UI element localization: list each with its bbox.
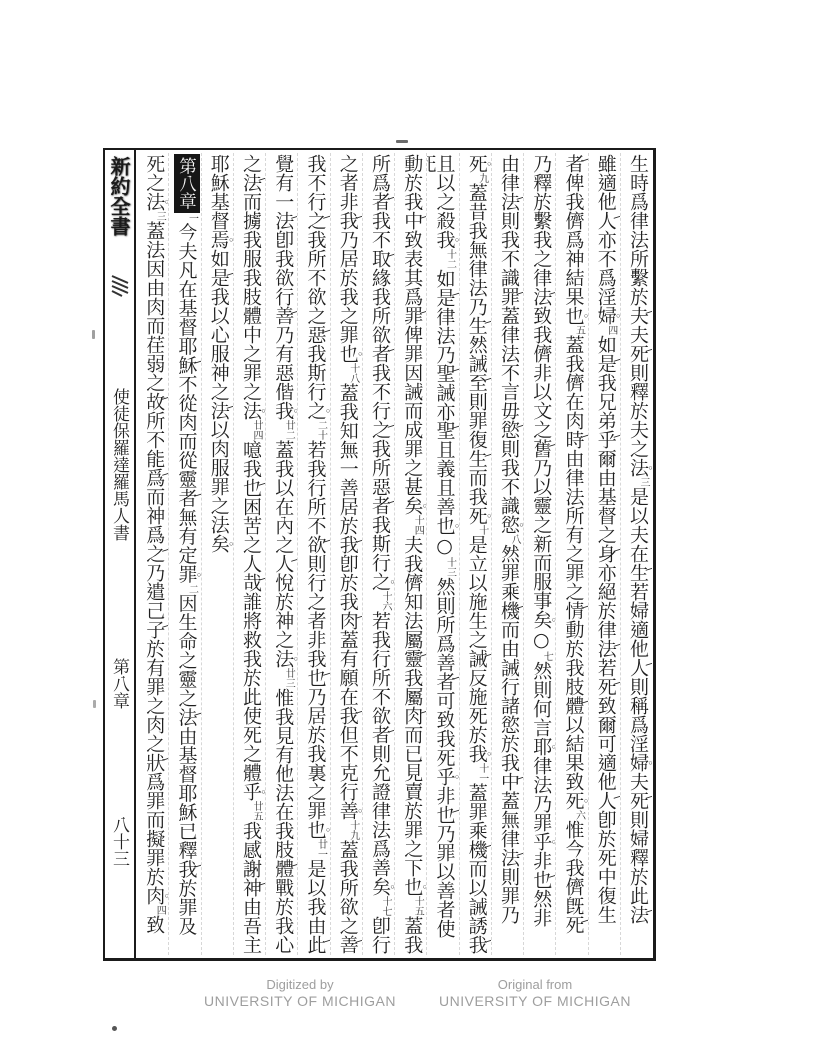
verse-number: 八: [509, 534, 520, 544]
text-column: 覺有一法\卽我欲行善\乃有惡偕我◦廿二蓋我以在內之人\悅於神之法◦廿三惟我見有他…: [265, 153, 297, 955]
text-column: 且以之殺我◦十二如是\律法乃聖\誡亦聖\且義且善也◦○十三然則所爲善者\可致我死…: [426, 153, 458, 955]
page-root: { "document": { "spine": { "book_title":…: [0, 0, 816, 1056]
verse-number: 十五: [412, 896, 423, 916]
text-column: 者\俾我儕爲神結果也◦五蓋我儕在肉時\由律法所有之罪之情\動於我肢體\以結果致死…: [555, 153, 587, 955]
verse-number: 二: [187, 584, 198, 594]
verse-number: 六: [574, 810, 585, 820]
verse-number: 七: [541, 651, 552, 661]
verse-number: 五: [574, 325, 585, 335]
verse-number: 十二: [445, 249, 456, 269]
footer-original-line2: UNIVERSITY OF MICHIGAN: [410, 992, 660, 1010]
verse-number: 十一: [477, 763, 488, 783]
verse-number: 二十: [316, 420, 327, 440]
text-column: 生時爲律法所繫於夫\夫死\則釋於夫之法◦三是以夫在生\若婦適他人\則稱爲淫婦◦夫…: [620, 153, 652, 955]
verse-number: 九: [477, 173, 488, 183]
main-text: 生時爲律法所繫於夫\夫死\則釋於夫之法◦三是以夫在生\若婦適他人\則稱爲淫婦◦夫…: [136, 150, 653, 958]
verse-number: 三: [154, 211, 165, 221]
verse-number: 廿二: [283, 420, 294, 440]
footer-original-from: Original from UNIVERSITY OF MICHIGAN: [410, 977, 660, 1010]
text-column: 我不行之\我所不欲之惡\我斯行之◦二十若我行所不欲\則行之者非我也\乃居於我裏之…: [297, 153, 329, 955]
text-column: 乃釋於繫我之律法\致我儕非以文之舊\乃以靈之新而服事矣◦○七然則何言耶◦律法乃罪…: [523, 153, 555, 955]
footer-digitized-by: Digitized by UNIVERSITY OF MICHIGAN: [175, 977, 425, 1010]
spine-book-title: 新約全書: [105, 156, 134, 236]
spine-page-number: 八十三: [107, 816, 132, 867]
text-column: 死◦九蓋昔我無律法乃生\然誡至\則罪復生\而我死◦十是立以施生之誡\反施死於我◦…: [459, 153, 491, 955]
text-column: 第八章一今夫凡在基督耶穌\不從肉而從靈者\無有定罪◦二因生命之靈之法\由基督耶穌…: [168, 153, 200, 955]
text-column: 動於我中\致表其爲罪\俾罪因誡而成罪之甚矣◦十四夫我儕知法屬靈\我屬肉\而已見賣…: [394, 153, 426, 955]
verse-number: 廿一: [316, 839, 327, 859]
text-column: 死之法◦三蓋法因由肉而荏弱之故\所不能爲\而神爲之\乃遣己子\於有罪之肉之狀\爲…: [137, 153, 168, 955]
scan-noise: [396, 140, 408, 143]
verse-number: 十: [477, 525, 488, 535]
verse-number: 十七: [380, 896, 391, 916]
verse-number: 三: [638, 477, 649, 487]
verse-number: 十九: [348, 820, 359, 840]
verse-number: 十三: [445, 557, 456, 577]
fishtail-ornament-icon: [110, 272, 130, 304]
verse-number: 四: [606, 325, 617, 335]
verse-number: 十四: [412, 515, 423, 535]
scan-noise: [92, 330, 95, 339]
text-column: 之法\而擄我服我肢體中之罪之法◦廿四噫我也\困苦之人哉\誰將救我於此使死之體乎◦…: [233, 153, 265, 955]
verse-number: 廿五: [251, 801, 262, 821]
spine-section-title: 使徒保羅達羅馬人書: [107, 388, 132, 541]
verse-number: 十六: [380, 591, 391, 611]
scan-frame: 新約全書 使徒保羅達羅馬人書 第八章 八十三 生時爲律法所繫於夫\夫死\則釋於夫…: [103, 148, 656, 961]
text-column: 雖適他人\亦不爲淫婦◦四如是\我兄弟乎\爾由基督之身\亦絕於律法\若死\致爾可適…: [588, 153, 620, 955]
verse-number: 廿四: [251, 420, 262, 440]
text-column: 耶穌基督焉◦如是\我以心服神之法\以肉服罪之法矣◦: [201, 153, 233, 955]
scan-noise: [112, 1026, 117, 1031]
footer-digitized-line2: UNIVERSITY OF MICHIGAN: [175, 992, 425, 1010]
footer-original-line1: Original from: [410, 977, 660, 992]
text-column: 之者非我\乃居於我之罪也◦十八蓋我知無一善居於我\卽於我肉\蓋有願在我\但不克行…: [330, 153, 362, 955]
chapter-header-inverted: 第八章: [174, 154, 200, 213]
footer-digitized-line1: Digitized by: [175, 977, 425, 992]
spine-margin: 新約全書 使徒保羅達羅馬人書 第八章 八十三: [105, 150, 136, 958]
spine-chapter-label: 第八章: [107, 658, 132, 709]
verse-number: 十八: [348, 363, 359, 383]
verse-number: 廿三: [283, 668, 294, 688]
verse-number: 四: [154, 905, 165, 915]
verse-number: 一: [187, 213, 198, 223]
text-column: 所爲者\我不取\緣我所欲者\我不行之\我所惡者\我斯行之◦十六若我行所不欲者\則…: [362, 153, 394, 955]
scan-noise: [93, 700, 96, 708]
text-column: 由律法\則我不識罪\蓋律法不言毋慾\則我不識慾◦八然罪乘機\而由誡行諸慾於我中\…: [491, 153, 523, 955]
